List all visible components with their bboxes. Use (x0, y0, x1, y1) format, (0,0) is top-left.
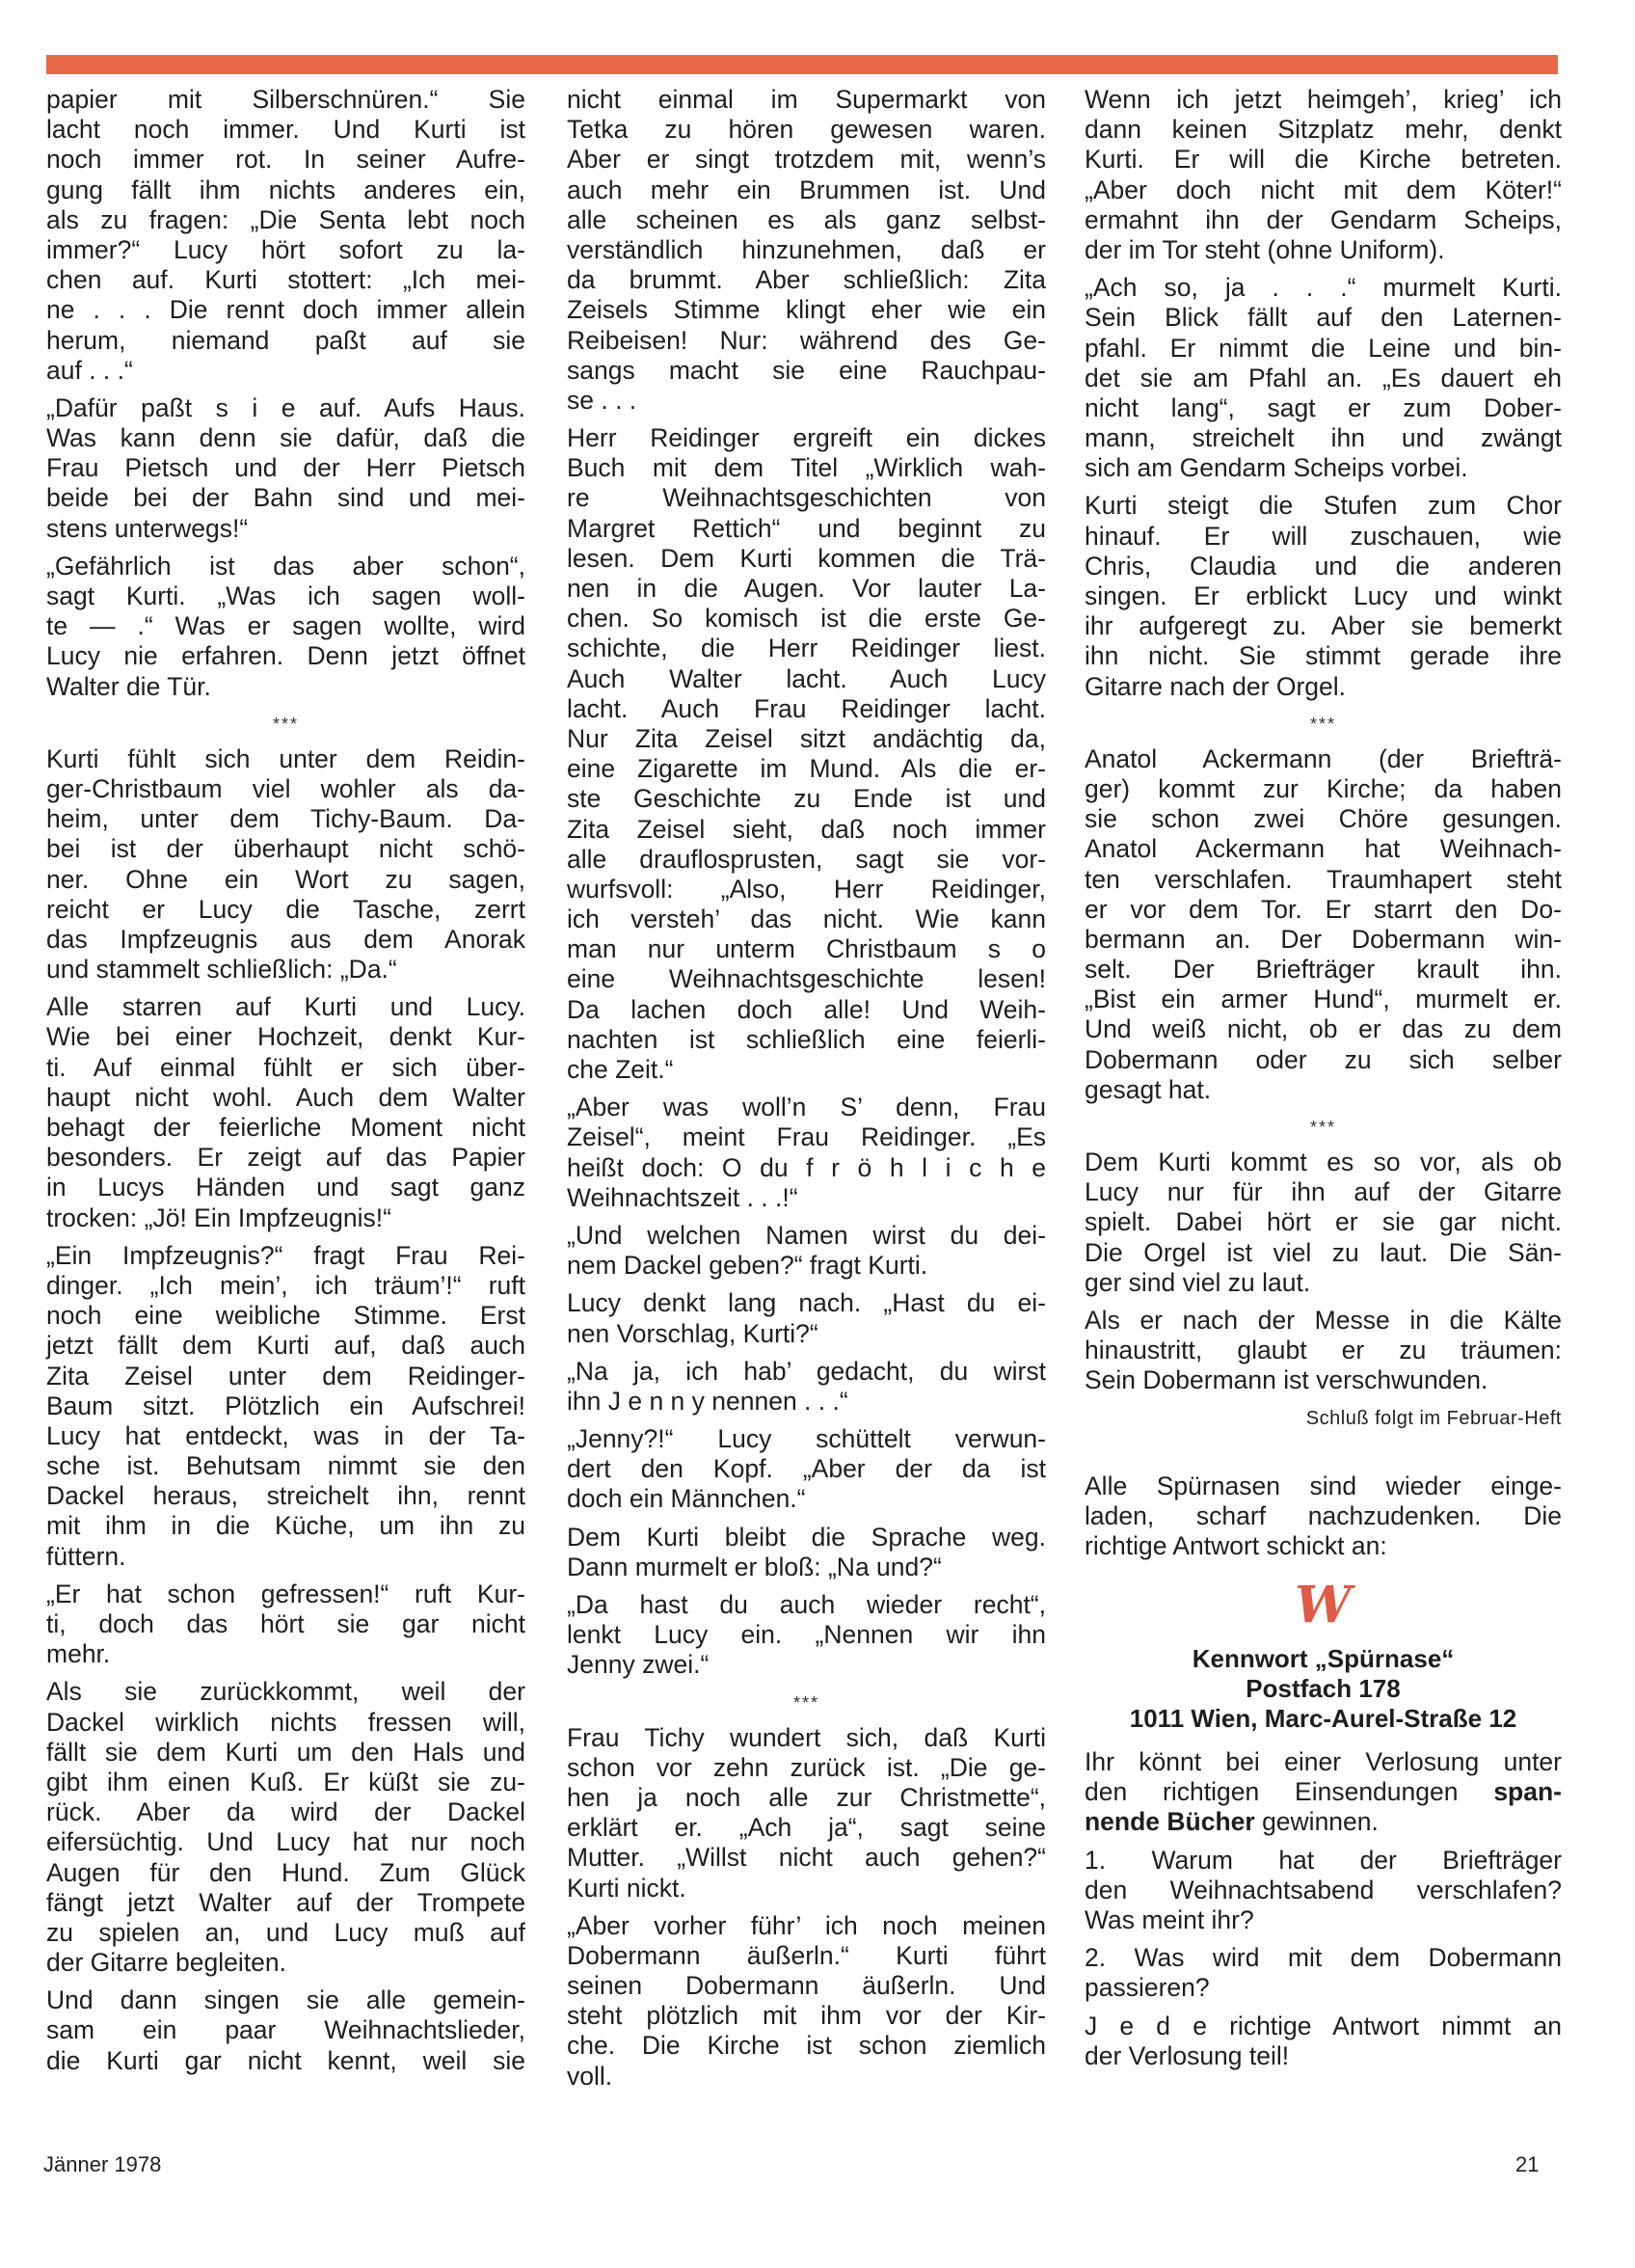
text-line: chen. So komisch ist die erste Ge- (567, 604, 1046, 634)
text-line: Kurti. Er will die Kirche betreten. (1085, 145, 1562, 175)
text-line: lacht noch immer. Und Kurti ist (46, 115, 525, 145)
text-line: nicht einmal im Supermarkt von (567, 85, 1046, 115)
text-line: Kurti steigt die Stufen zum Chor (1085, 491, 1562, 521)
text-line: Tetka zu hören gewesen waren. (567, 115, 1046, 145)
text-line: „Bist ein armer Hund“, murmelt er. (1085, 985, 1562, 1014)
text-line: Was kann denn sie dafür, daß die (46, 423, 525, 453)
text-line: sam ein paar Weihnachtslieder, (46, 2015, 525, 2045)
text-line: verständlich hinzunehmen, daß er (567, 235, 1046, 265)
text-line: „Aber was woll’n S’ denn, Frau (567, 1093, 1046, 1122)
text-line: gesagt hat. (1085, 1075, 1562, 1105)
paragraph: Herr Reidinger ergreift ein dickesBuch m… (567, 423, 1046, 1085)
text-line: den Weihnachtsabend verschlafen? (1085, 1876, 1562, 1905)
text-line: Gitarre nach der Orgel. (1085, 672, 1562, 702)
issue-date: Jänner 1978 (43, 2152, 161, 2177)
text-line: Margret Rettich“ und beginnt zu (567, 514, 1046, 544)
address-keyword: Kennwort „Spürnase“ (1085, 1644, 1562, 1674)
text-line: der Verlosung teil! (1085, 2041, 1562, 2071)
text-line: ti. Auf einmal fühlt er sich über- (46, 1053, 525, 1083)
text-line: bei ist der überhaupt nicht schö- (46, 834, 525, 864)
text-line: die Kurti gar nicht kennt, weil sie (46, 2046, 525, 2076)
text-line: steht plötzlich mit ihm vor der Kir- (567, 2001, 1046, 2031)
text-line: mann, streichelt ihn und zwängt (1085, 423, 1562, 453)
text-line: Nur Zita Zeisel sitzt andächtig da, (567, 724, 1046, 754)
text-line: er vor dem Tor. Er starrt den Do- (1085, 895, 1562, 925)
text-line: Und dann singen sie alle gemein- (46, 1985, 525, 2015)
text-line: Alle Spürnasen sind wieder einge- (1085, 1471, 1562, 1501)
text-line: hinauf. Er will zuschauen, wie (1085, 522, 1562, 552)
text-line: ermahnt ihn der Gendarm Scheips, (1085, 205, 1562, 235)
text-line: auch mehr ein Brummen ist. Und (567, 175, 1046, 205)
text-line: bermann an. Der Dobermann win- (1085, 925, 1562, 955)
text-line: nen Vorschlag, Kurti?“ (567, 1319, 1046, 1349)
text-line: spielt. Dabei hört er sie gar nicht. (1085, 1207, 1562, 1237)
text-line: J e d e richtige Antwort nimmt an (1085, 2011, 1562, 2041)
text-line: Anatol Ackermann hat Weihnach- (1085, 834, 1562, 864)
paragraph: „Und welchen Namen wirst du dei-nem Dack… (567, 1221, 1046, 1281)
text-line: man nur unterm Christbaum s o (567, 934, 1046, 964)
text-line: Wie bei einer Hochzeit, denkt Kur- (46, 1022, 525, 1052)
contest-address: Kennwort „Spürnase“ Postfach 178 1011 Wi… (1085, 1644, 1562, 1734)
text-line: Augen für den Hund. Zum Glück (46, 1858, 525, 1888)
text-line: ten verschlafen. Traumhapert steht (1085, 865, 1562, 895)
text-line: Wenn ich jetzt heimgeh’, krieg’ ich (1085, 85, 1562, 115)
section-divider: *** (46, 710, 525, 744)
text-line: Chris, Claudia und die anderen (1085, 552, 1562, 581)
contest-intro-text: Alle Spürnasen sind wieder einge-laden, … (1085, 1471, 1562, 1562)
section-divider: *** (1085, 710, 1562, 744)
prize-emphasis-2: nende Bücher (1085, 1807, 1255, 1836)
text-line: heißt doch: O du f r ö h l i c h e (567, 1153, 1046, 1183)
text-line: Dem Kurti bleibt die Sprache weg. (567, 1523, 1046, 1552)
text-line: passieren? (1085, 1973, 1562, 2003)
text-line: trocken: „Jö! Ein Impfzeugnis!“ (46, 1203, 525, 1233)
text-line: beide bei der Bahn sind und mei- (46, 483, 525, 513)
contest-question: 1. Warum hat der Briefträgerden Weihnach… (1085, 1846, 1562, 1936)
text-line: Dackel heraus, streichelt ihn, rennt (46, 1481, 525, 1511)
text-line: det sie am Pfahl an. „Es dauert eh (1085, 364, 1562, 393)
text-line: „Dafür paßt s i e auf. Aufs Haus. (46, 393, 525, 423)
continuation-note: Schluß folgt im Februar-Heft (1085, 1404, 1562, 1433)
text-line: Frau Tichy wundert sich, daß Kurti (567, 1723, 1046, 1753)
paragraph: Dem Kurti kommt es so vor, als obLucy nu… (1085, 1147, 1562, 1298)
paragraph: Wenn ich jetzt heimgeh’, krieg’ ichdann … (1085, 85, 1562, 265)
prize-text: Ihr könnt bei einer Verlosung unter den … (1085, 1747, 1562, 1838)
text-column-1: papier mit Silberschnüren.“ Sielacht noc… (46, 85, 525, 2084)
paragraph: Lucy denkt lang nach. „Hast du ei-nen Vo… (567, 1288, 1046, 1348)
paragraph: Kurti steigt die Stufen zum Chorhinauf. … (1085, 491, 1562, 701)
text-line: voll. (567, 2062, 1046, 2092)
text-line: 2. Was wird mit dem Dobermann (1085, 1943, 1562, 1973)
text-line: Kurti fühlt sich unter dem Reidin- (46, 744, 525, 774)
text-column-3: Wenn ich jetzt heimgeh’, krieg’ ichdann … (1085, 85, 1562, 2079)
text-line: hinaustritt, glaubt er zu träumen: (1085, 1336, 1562, 1365)
text-line: „Aber doch nicht mit dem Köter!“ (1085, 175, 1562, 205)
text-line: Lucy nur für ihn auf der Gitarre (1085, 1177, 1562, 1207)
text-line: haupt nicht wohl. Auch dem Walter (46, 1083, 525, 1113)
text-line: Baum sitzt. Plötzlich ein Aufschrei! (46, 1391, 525, 1421)
text-line: wurfsvoll: „Also, Herr Reidinger, (567, 875, 1046, 904)
text-line: ne . . . Die rennt doch immer allein (46, 295, 525, 325)
text-line: ste Geschichte zu Ende ist und (567, 784, 1046, 814)
text-line: lacht. Auch Frau Reidinger lacht. (567, 694, 1046, 724)
text-line: Weihnachtszeit . . .!“ (567, 1183, 1046, 1213)
text-line: zu spielen an, und Lucy muß auf (46, 1918, 525, 1948)
text-line: Die Orgel ist viel zu laut. Die Sän- (1085, 1238, 1562, 1268)
text-line: sche ist. Behutsam nimmt sie den (46, 1451, 525, 1481)
magazine-logo-w-icon: W (1085, 1579, 1562, 1633)
section-divider: *** (1085, 1113, 1562, 1147)
text-line: „Aber vorher führ’ ich noch meinen (567, 1911, 1046, 1941)
text-line: schon vor zehn zurück ist. „Die ge- (567, 1753, 1046, 1783)
text-line: fällt sie dem Kurti um den Hals und (46, 1738, 525, 1768)
text-line: nachten ist schließlich eine feierli- (567, 1025, 1046, 1055)
prize-line-3: nende Bücher gewinnen. (1085, 1807, 1562, 1837)
text-line: reicht er Lucy die Tasche, zerrt (46, 895, 525, 925)
text-line: che. Die Kirche ist schon ziemlich (567, 2031, 1046, 2061)
text-line: rück. Aber da wird der Dackel (46, 1797, 525, 1827)
section-divider: *** (567, 1688, 1046, 1723)
text-line: ger) kommt zur Kirche; da haben (1085, 774, 1562, 804)
text-line: das Impfzeugnis aus dem Anorak (46, 925, 525, 955)
text-line: ger-Christbaum viel wohler als da- (46, 774, 525, 804)
text-line: Dem Kurti kommt es so vor, als ob (1085, 1147, 1562, 1177)
paragraph: Kurti fühlt sich unter dem Reidin-ger-Ch… (46, 744, 525, 985)
text-line: dann keinen Sitzplatz mehr, denkt (1085, 115, 1562, 145)
text-line: nem Dackel geben?“ fragt Kurti. (567, 1251, 1046, 1281)
text-line: „Und welchen Namen wirst du dei- (567, 1221, 1046, 1251)
story-continuation: Wenn ich jetzt heimgeh’, krieg’ ichdann … (1085, 85, 1562, 1396)
paragraph: „Aber vorher führ’ ich noch meinenDoberm… (567, 1911, 1046, 2092)
address-city-street: 1011 Wien, Marc-Aurel-Straße 12 (1085, 1704, 1562, 1734)
text-line: dinger. „Ich mein’, ich träum’!“ ruft (46, 1271, 525, 1301)
paragraph: „Aber was woll’n S’ denn, FrauZeisel“, m… (567, 1093, 1046, 1213)
paragraph: papier mit Silberschnüren.“ Sielacht noc… (46, 85, 525, 386)
text-line: seinen Dobermann äußerln. Und (567, 1971, 1046, 2001)
text-line: ner. Ohne ein Wort zu sagen, (46, 865, 525, 895)
paragraph: Alle starren auf Kurti und Lucy.Wie bei … (46, 992, 525, 1233)
text-line: Anatol Ackermann (der Briefträ- (1085, 744, 1562, 774)
text-line: noch immer rot. In seiner Aufre- (46, 145, 525, 175)
text-line: Sein Dobermann ist verschwunden. (1085, 1365, 1562, 1395)
contest-question: 2. Was wird mit dem Dobermannpassieren? (1085, 1943, 1562, 2003)
text-line: Zita Zeisel sieht, daß noch immer (567, 815, 1046, 845)
text-line: ich versteh’ das nicht. Wie kann (567, 904, 1046, 934)
text-line: „Er hat schon gefressen!“ ruft Kur- (46, 1579, 525, 1609)
paragraph: Dem Kurti bleibt die Sprache weg.Dann mu… (567, 1523, 1046, 1582)
text-line: pfahl. Er nimmt die Leine und bin- (1085, 334, 1562, 364)
text-line: selt. Der Briefträger krault ihn. (1085, 955, 1562, 985)
text-line: sangs macht sie eine Rauchpau- (567, 356, 1046, 386)
paragraph: „Ach so, ja . . .“ murmelt Kurti.Sein Bl… (1085, 273, 1562, 483)
text-line: Dackel wirklich nichts fressen will, (46, 1708, 525, 1738)
text-line: alle drauflosprusten, sagt sie vor- (567, 845, 1046, 875)
text-line: Herr Reidinger ergreift ein dickes (567, 423, 1046, 453)
text-line: füttern. (46, 1542, 525, 1572)
text-line: sagt Kurti. „Was ich sagen woll- (46, 581, 525, 611)
text-line: Aber er singt trotzdem mit, wenn’s (567, 145, 1046, 175)
text-line: „Ein Impfzeugnis?“ fragt Frau Rei- (46, 1241, 525, 1271)
text-line: Walter die Tür. (46, 672, 525, 702)
text-line: Auch Walter lacht. Auch Lucy (567, 664, 1046, 694)
prize-line-2-text: den richtigen Einsendungen (1085, 1777, 1493, 1806)
text-line: dert den Kopf. „Aber der da ist (567, 1454, 1046, 1484)
text-line: „Gefährlich ist das aber schon“, (46, 552, 525, 581)
paragraph: Als sie zurückkommt, weil derDackel wirk… (46, 1677, 525, 1978)
text-line: richtige Antwort schickt an: (1085, 1531, 1562, 1561)
text-line: gibt ihm einen Kuß. Er küßt sie zu- (46, 1768, 525, 1797)
text-line: Kurti nickt. (567, 1874, 1046, 1903)
text-line: ihr aufgeregt zu. Aber sie bemerkt (1085, 611, 1562, 641)
text-line: Dann murmelt er bloß: „Na und?“ (567, 1552, 1046, 1582)
text-line: schichte, die Herr Reidinger liest. (567, 634, 1046, 663)
text-line: Frau Pietsch und der Herr Pietsch (46, 453, 525, 483)
text-line: eine Weihnachtsgeschichte lesen! (567, 964, 1046, 994)
prize-emphasis-1: span- (1493, 1777, 1562, 1806)
text-line: Zeisels Stimme klingt eher wie ein (567, 295, 1046, 325)
text-line: eifersüchtig. Und Lucy hat nur noch (46, 1827, 525, 1857)
text-line: der im Tor steht (ohne Uniform). (1085, 235, 1562, 265)
text-line: Sein Blick fällt auf den Laternen- (1085, 303, 1562, 333)
contest-closing-text: J e d e richtige Antwort nimmt ander Ver… (1085, 2011, 1562, 2071)
text-line: mit ihm in die Küche, um ihn zu (46, 1511, 525, 1541)
text-line: che Zeit.“ (567, 1055, 1046, 1085)
text-line: Da lachen doch alle! Und Weih- (567, 995, 1046, 1025)
text-line: und stammelt schließlich: „Da.“ (46, 955, 525, 985)
text-line: fängt jetzt Walter auf der Trompete (46, 1888, 525, 1918)
paragraph: nicht einmal im Supermarkt vonTetka zu h… (567, 85, 1046, 416)
text-line: heim, unter dem Tichy-Baum. Da- (46, 804, 525, 834)
paragraph: Anatol Ackermann (der Briefträ-ger) komm… (1085, 744, 1562, 1105)
text-line: erklärt er. „Ach ja“, sagt seine (567, 1813, 1046, 1843)
text-line: jetzt fällt dem Kurti auf, daß auch (46, 1331, 525, 1361)
paragraph: „Da hast du auch wieder recht“,lenkt Luc… (567, 1590, 1046, 1681)
text-line: nen in die Augen. Vor lauter La- (567, 574, 1046, 604)
address-po-box: Postfach 178 (1085, 1674, 1562, 1704)
text-line: „Jenny?!“ Lucy schüttelt verwun- (567, 1424, 1046, 1454)
contest-closing: J e d e richtige Antwort nimmt ander Ver… (1085, 2011, 1562, 2071)
contest-questions: 1. Warum hat der Briefträgerden Weihnach… (1085, 1846, 1562, 2004)
text-line: Dobermann oder zu sich selber (1085, 1045, 1562, 1075)
text-line: behagt der feierliche Moment nicht (46, 1113, 525, 1143)
text-line: eine Zigarette im Mund. Als die er- (567, 754, 1046, 784)
text-line: te — .“ Was er sagen wollte, wird (46, 611, 525, 641)
text-line: „Da hast du auch wieder recht“, (567, 1590, 1046, 1620)
text-line: noch eine weibliche Stimme. Erst (46, 1301, 525, 1331)
text-line: Lucy denkt lang nach. „Hast du ei- (567, 1288, 1046, 1318)
text-line: Was meint ihr? (1085, 1905, 1562, 1935)
text-line: Lucy hat entdeckt, was in der Ta- (46, 1421, 525, 1451)
text-line: immer?“ Lucy hört sofort zu la- (46, 235, 525, 265)
text-line: alle scheinen es als ganz selbst- (567, 205, 1046, 235)
text-line: Buch mit dem Titel „Wirklich wah- (567, 453, 1046, 483)
contest-intro: Alle Spürnasen sind wieder einge-laden, … (1085, 1471, 1562, 1562)
prize-line-2: den richtigen Einsendungen span- (1085, 1777, 1562, 1807)
text-line: als zu fragen: „Die Senta lebt noch (46, 205, 525, 235)
paragraph: „Dafür paßt s i e auf. Aufs Haus.Was kan… (46, 393, 525, 544)
text-line: ihn nicht. Sie stimmt gerade ihre (1085, 641, 1562, 671)
text-line: singen. Er erblickt Lucy und winkt (1085, 581, 1562, 611)
text-line: in Lucys Händen und sagt ganz (46, 1173, 525, 1202)
paragraph: „Gefährlich ist das aber schon“,sagt Kur… (46, 552, 525, 702)
text-line: gung fällt ihm nichts anderes ein, (46, 175, 525, 205)
paragraph: „Er hat schon gefressen!“ ruft Kur-ti, d… (46, 1579, 525, 1670)
text-line: Und weiß nicht, ob er das zu dem (1085, 1014, 1562, 1044)
text-line: chen auf. Kurti stottert: „Ich mei- (46, 265, 525, 295)
text-line: papier mit Silberschnüren.“ Sie (46, 85, 525, 115)
text-line: Lucy nie erfahren. Denn jetzt öffnet (46, 641, 525, 671)
text-line: „Na ja, ich hab’ gedacht, du wirst (567, 1357, 1046, 1387)
text-line: der Gitarre begleiten. (46, 1948, 525, 1978)
prize-line-3-text: gewinnen. (1255, 1807, 1379, 1836)
text-line: auf . . .“ (46, 356, 525, 386)
text-line: „Ach so, ja . . .“ murmelt Kurti. (1085, 273, 1562, 303)
text-line: Mutter. „Willst nicht auch gehen?“ (567, 1843, 1046, 1873)
paragraph: „Na ja, ich hab’ gedacht, du wirstihn J … (567, 1357, 1046, 1417)
text-line: Als sie zurückkommt, weil der (46, 1677, 525, 1707)
text-line: Jenny zwei.“ (567, 1650, 1046, 1680)
page-number: 21 (1515, 2152, 1539, 2177)
text-line: Als er nach der Messe in die Kälte (1085, 1306, 1562, 1336)
text-line: herum, niemand paßt auf sie (46, 326, 525, 356)
paragraph: „Jenny?!“ Lucy schüttelt verwun-dert den… (567, 1424, 1046, 1515)
text-line: lesen. Dem Kurti kommen die Trä- (567, 544, 1046, 574)
text-line: nicht lang“, sagt er zum Dober- (1085, 393, 1562, 423)
text-line: mehr. (46, 1639, 525, 1669)
text-line: ger sind viel zu laut. (1085, 1268, 1562, 1298)
text-line: 1. Warum hat der Briefträger (1085, 1846, 1562, 1876)
paragraph: Frau Tichy wundert sich, daß Kurtischon … (567, 1723, 1046, 1903)
header-accent-bar (46, 55, 1558, 74)
text-line: Zita Zeisel unter dem Reidinger- (46, 1362, 525, 1391)
text-line: Reibeisen! Nur: während des Ge- (567, 326, 1046, 356)
text-line: se . . . (567, 386, 1046, 416)
text-line: Zeisel“, meint Frau Reidinger. „Es (567, 1122, 1046, 1152)
text-line: Alle starren auf Kurti und Lucy. (46, 992, 525, 1022)
paragraph: Und dann singen sie alle gemein-sam ein … (46, 1985, 525, 2076)
text-line: stens unterwegs!“ (46, 514, 525, 544)
text-line: ihn J e n n y nennen . . .“ (567, 1387, 1046, 1417)
text-line: lenkt Lucy ein. „Nennen wir ihn (567, 1620, 1046, 1650)
text-line: Dobermann äußerln.“ Kurti führt (567, 1941, 1046, 1971)
text-line: laden, scharf nachzudenken. Die (1085, 1501, 1562, 1531)
text-line: sie schon zwei Chöre gesungen. (1085, 804, 1562, 834)
text-column-2: nicht einmal im Supermarkt vonTetka zu h… (567, 85, 1046, 2099)
text-line: besonders. Er zeigt auf das Papier (46, 1143, 525, 1173)
paragraph: Als er nach der Messe in die Kältehinaus… (1085, 1306, 1562, 1396)
prize-line-1: Ihr könnt bei einer Verlosung unter (1085, 1747, 1562, 1777)
paragraph: „Ein Impfzeugnis?“ fragt Frau Rei-dinger… (46, 1241, 525, 1572)
text-line: doch ein Männchen.“ (567, 1484, 1046, 1514)
text-line: sich am Gendarm Scheips vorbei. (1085, 453, 1562, 483)
text-line: re Weihnachtsgeschichten von (567, 483, 1046, 513)
text-line: ti, doch das hört sie gar nicht (46, 1609, 525, 1639)
text-line: hen ja noch alle zur Christmette“, (567, 1783, 1046, 1813)
text-line: da brummt. Aber schließlich: Zita (567, 265, 1046, 295)
